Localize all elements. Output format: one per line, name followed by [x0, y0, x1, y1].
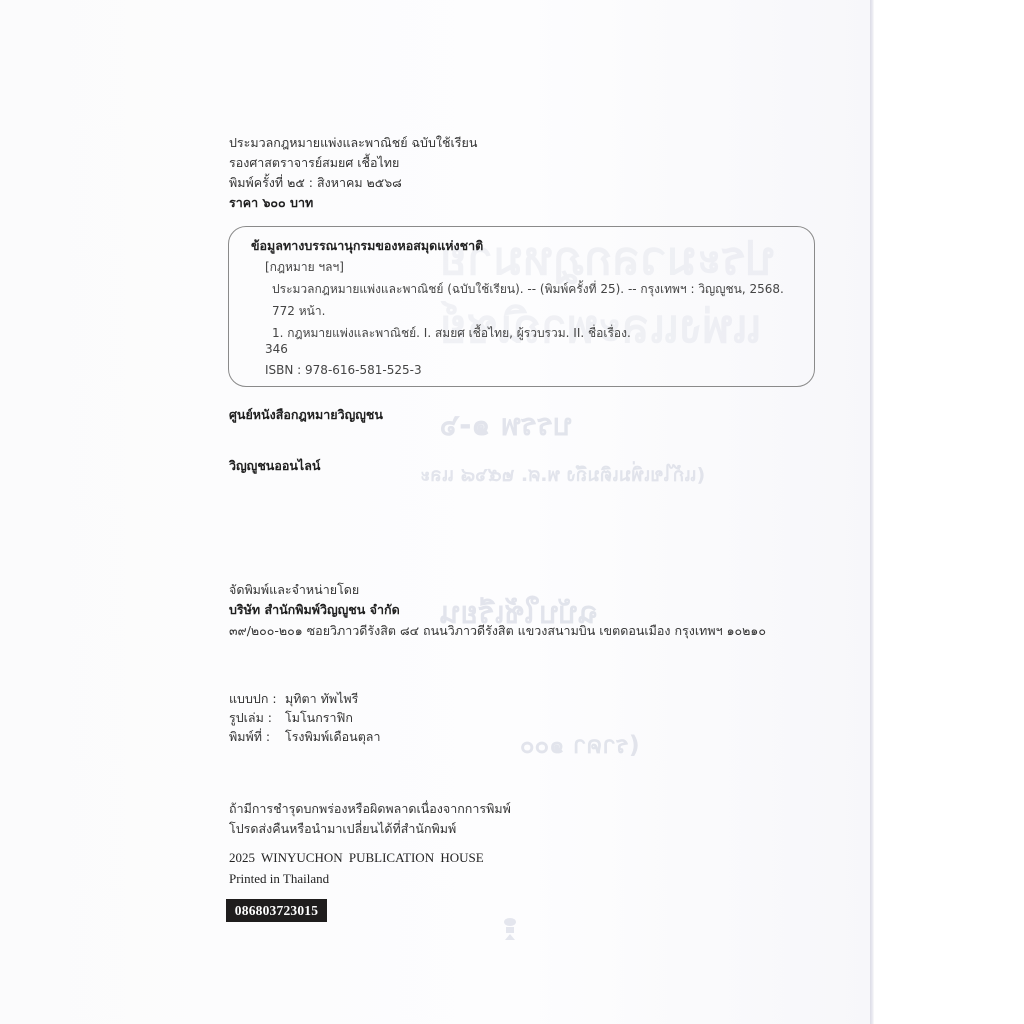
price-line: ราคา ๖๐๐ บาท — [229, 194, 313, 212]
cip-pages-line: 772 หน้า. — [272, 303, 325, 320]
cip-class-number: 346 — [265, 341, 288, 358]
publisher-name: บริษัท สำนักพิมพ์วิญญูชน จำกัด — [229, 601, 400, 619]
credit-cover: แบบปก :มุทิตา ทัพไพรี — [229, 690, 358, 708]
copyright-line: 2025 WINYUCHON PUBLICATION HOUSE — [229, 849, 484, 867]
credit-value: โมโนกราฟิก — [285, 710, 353, 725]
cip-subject-tag: [กฎหมาย ฯลฯ] — [265, 259, 344, 276]
cip-title: ข้อมูลทางบรรณานุกรมของหอสมุดแห่งชาติ — [251, 237, 483, 254]
credit-layout: รูปเล่ม :โมโนกราฟิก — [229, 709, 353, 727]
phone-number-badge: 086803723015 — [226, 899, 327, 922]
cip-subjects-line: 1. กฎหมายแพ่งและพาณิชย์. I. สมยศ เชื้อไท… — [272, 325, 631, 342]
scan-background — [874, 0, 1024, 1024]
defect-notice-line1: ถ้ามีการชำรุดบกพร่องหรือผิดพลาดเนื่องจาก… — [229, 800, 511, 818]
defect-notice-line2: โปรดส่งคืนหรือนำมาเปลี่ยนได้ที่สำนักพิมพ… — [229, 820, 456, 838]
author-line: รองศาสตราจารย์สมยศ เชื้อไทย — [229, 154, 399, 172]
publisher-address: ๓๙/๒๐๐-๒๐๑ ซอยวิภาวดีรังสิต ๘๔ ถนนวิภาวด… — [229, 622, 766, 640]
edition-line: พิมพ์ครั้งที่ ๒๕ : สิงหาคม ๒๕๖๘ — [229, 174, 402, 192]
printed-in-line: Printed in Thailand — [229, 870, 329, 888]
credit-value: โรงพิมพ์เดือนตุลา — [285, 729, 381, 744]
cip-entry-line: ประมวลกฎหมายแพ่งและพาณิชย์ (ฉบับใช้เรียน… — [272, 281, 784, 298]
publisher-intro: จัดพิมพ์และจำหน่ายโดย — [229, 581, 359, 599]
document-page — [0, 0, 873, 1024]
book-title-line: ประมวลกฎหมายแพ่งและพาณิชย์ ฉบับใช้เรียน — [229, 134, 477, 152]
bookstore-name: ศูนย์หนังสือกฎหมายวิญญูชน — [229, 406, 383, 424]
credit-label: แบบปก : — [229, 690, 285, 708]
credit-label: พิมพ์ที่ : — [229, 728, 285, 746]
online-store-name: วิญญูชนออนไลน์ — [229, 457, 320, 475]
credit-label: รูปเล่ม : — [229, 709, 285, 727]
credit-printer: พิมพ์ที่ :โรงพิมพ์เดือนตุลา — [229, 728, 381, 746]
credit-value: มุทิตา ทัพไพรี — [285, 691, 358, 706]
cip-isbn: ISBN : 978-616-581-525-3 — [265, 362, 422, 379]
